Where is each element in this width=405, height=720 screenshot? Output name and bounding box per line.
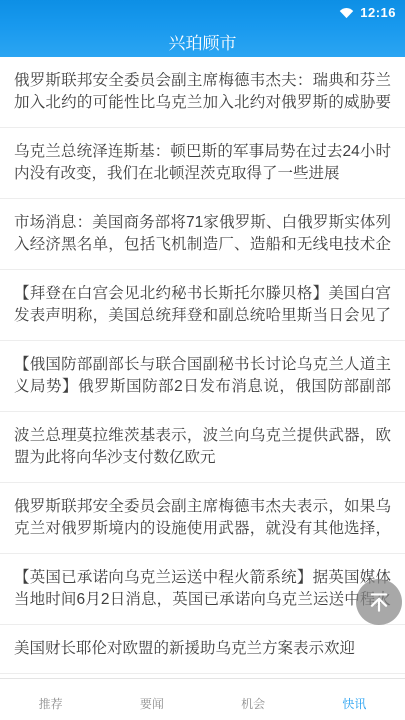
tab-headlines[interactable]: 要闻 [101, 679, 202, 720]
news-item-text: 美国财长耶伦对欧盟的新援助乌克兰方案表示欢迎 [14, 638, 391, 660]
news-item-text: 乌克兰总统泽连斯基：顿巴斯的军事局势在过去24小时内没有改变，我们在北顿涅茨克取… [14, 141, 391, 185]
news-item-text: 俄罗斯联邦安全委员会副主席梅德韦杰夫：瑞典和芬兰加入北约的可能性比乌克兰加入北约… [14, 70, 391, 114]
wifi-icon [339, 7, 354, 19]
news-item-text: 波兰总理莫拉维茨基表示，波兰向乌克兰提供武器，欧盟为此将向华沙支付数亿欧元 [14, 425, 391, 469]
news-item-text: 俄罗斯联邦安全委员会副主席梅德韦杰夫表示，如果乌克兰对俄罗斯境内的设施使用武器，… [14, 496, 391, 540]
news-item[interactable]: 俄罗斯联邦安全委员会副主席梅德韦杰夫表示，如果乌克兰对俄罗斯境内的设施使用武器，… [0, 483, 405, 554]
news-item[interactable]: 市场消息：美国商务部将71家俄罗斯、白俄罗斯实体列入经济黑名单，包括飞机制造厂、… [0, 199, 405, 270]
news-item-text: 【英国已承诺向乌克兰运送中程火箭系统】据英国媒体当地时间6月2日消息，英国已承诺… [14, 567, 391, 611]
news-item[interactable]: 【俄国防部副部长与联合国副秘书长讨论乌克兰人道主义局势】俄罗斯国防部2日发布消息… [0, 341, 405, 412]
tab-label: 推荐 [39, 695, 63, 712]
status-time: 12:16 [360, 5, 396, 20]
news-item-text: 【俄国防部副部长与联合国副秘书长讨论乌克兰人道主义局势】俄罗斯国防部2日发布消息… [14, 354, 391, 398]
news-list[interactable]: 俄罗斯联邦安全委员会副主席梅德韦杰夫：瑞典和芬兰加入北约的可能性比乌克兰加入北约… [0, 57, 405, 678]
app-screen: 12:16 兴珀顾市 俄罗斯联邦安全委员会副主席梅德韦杰夫：瑞典和芬兰加入北约的… [0, 0, 405, 720]
app-bar: 兴珀顾市 [0, 25, 405, 57]
news-item[interactable]: 乌克兰总统泽连斯基：顿巴斯的军事局势在过去24小时内没有改变，我们在北顿涅茨克取… [0, 128, 405, 199]
news-item-text: 市场消息：美国商务部将71家俄罗斯、白俄罗斯实体列入经济黑名单，包括飞机制造厂、… [14, 212, 391, 256]
tab-label: 机会 [241, 695, 265, 712]
tab-flash-news[interactable]: 快讯 [304, 679, 405, 720]
news-item[interactable]: 俄罗斯联邦安全委员会副主席梅德韦杰夫：瑞典和芬兰加入北约的可能性比乌克兰加入北约… [0, 57, 405, 128]
page-title: 兴珀顾市 [169, 29, 237, 54]
tab-opportunities[interactable]: 机会 [203, 679, 304, 720]
news-item-text: 【拜登在白宫会见北约秘书长斯托尔滕贝格】美国白宫发表声明称，美国总统拜登和副总统… [14, 283, 391, 327]
news-item[interactable]: 【英国已承诺向乌克兰运送中程火箭系统】据英国媒体当地时间6月2日消息，英国已承诺… [0, 554, 405, 625]
arrow-to-top-icon [366, 589, 392, 615]
tab-recommend[interactable]: 推荐 [0, 679, 101, 720]
tab-label: 快讯 [342, 695, 366, 712]
news-item[interactable]: 波兰总理莫拉维茨基表示，波兰向乌克兰提供武器，欧盟为此将向华沙支付数亿欧元 [0, 412, 405, 483]
news-item[interactable]: 美国财长耶伦对欧盟的新援助乌克兰方案表示欢迎 [0, 625, 405, 674]
tab-bar: 推荐 要闻 机会 快讯 [0, 678, 405, 720]
app-header: 12:16 兴珀顾市 [0, 0, 405, 57]
status-bar: 12:16 [0, 0, 405, 25]
tab-label: 要闻 [140, 695, 164, 712]
news-item[interactable]: 【拜登在白宫会见北约秘书长斯托尔滕贝格】美国白宫发表声明称，美国总统拜登和副总统… [0, 270, 405, 341]
back-to-top-button[interactable] [356, 579, 402, 625]
